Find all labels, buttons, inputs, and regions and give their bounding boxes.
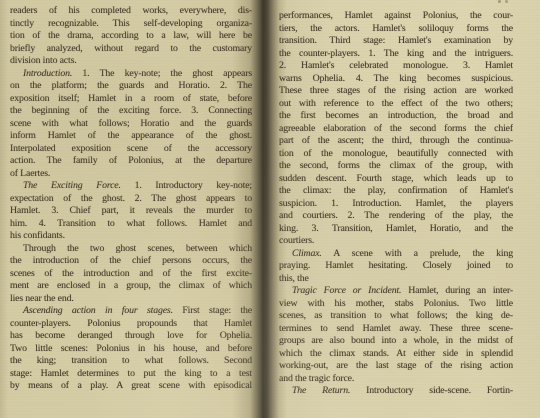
text-line: Hamlet. 3. Chief part, it reveals the mu… [10, 205, 252, 218]
text-line: readers of his completed works, everywhe… [10, 5, 252, 18]
text-line: performances, Hamlet against Polonius, t… [279, 10, 513, 23]
text-line: his confidants. [10, 230, 252, 243]
text-line: 2. Hamlet's celebrated monologue. 3. Ham… [279, 60, 513, 73]
text-line: tiers, the actors. Hamlet's soliloquy fo… [279, 23, 513, 36]
text-line: The Exciting Force. 1. Introductory key-… [10, 180, 252, 193]
text-line: tion of the monologue, beautifully conne… [279, 148, 513, 161]
text-line: him. 4. Transition to what follows. Haml… [10, 218, 252, 231]
italic-lead-in: Tragic Force or Incident. [292, 285, 401, 296]
text-line: scenes, as transition to what follows; t… [279, 310, 513, 323]
left-page-text: readers of his completed works, everywhe… [10, 5, 252, 393]
text-line: agreeable elaboration of the second form… [279, 123, 513, 136]
text-line: on the platform; the guards and Horatio.… [10, 80, 252, 93]
italic-lead-in: Ascending action in four stages. [23, 305, 173, 316]
text-line: the beginning of the exciting force. 3. … [10, 105, 252, 118]
italic-lead-in: The Exciting Force. [23, 180, 121, 191]
text-line: Interpolated exposition scene of the acc… [10, 143, 252, 156]
text-line: praying. Hamlet hesitating. Closely join… [279, 260, 513, 273]
text-line: The Return. Introductory side-scene. For… [279, 385, 513, 398]
text-line: sudden descent. Fourth stage, which lead… [279, 173, 513, 186]
text-line: inform Hamlet of the appearance of the g… [10, 130, 252, 143]
text-line: exposition itself; Hamlet in a room of s… [10, 93, 252, 106]
text-line: out with reference to the effect of the … [279, 98, 513, 111]
text-line: this, the [279, 273, 513, 286]
text-line: king. 3. Transition, Hamlet, Horatio, an… [279, 223, 513, 236]
text-line: scene with what follows; Horatio and the… [10, 118, 252, 131]
text-line: Tragic Force or Incident. Hamlet, during… [279, 285, 513, 298]
italic-lead-in: Climax. [292, 248, 322, 259]
text-line: Two little scenes: Polonius in his house… [10, 343, 252, 356]
text-line: Through the two ghost scenes, between wh… [10, 243, 252, 256]
text-line: lies near the end. [10, 293, 252, 306]
text-line: the second, forms the climax of the grou… [279, 160, 513, 173]
text-line: view with his mother, stabs Polonius. Tw… [279, 298, 513, 311]
cropped-page-number-artifact [498, 0, 501, 3]
text-line: action. The family of Polonius, at the d… [10, 155, 252, 168]
text-line: Introduction. 1. The key-note; the ghost… [10, 68, 252, 81]
book-spread: readers of his completed works, everywhe… [0, 0, 540, 418]
text-line: tinctly recognizable. This self-developi… [10, 18, 252, 31]
text-line: counter-players. Polonius propounds that… [10, 318, 252, 331]
text-line: courtiers. [279, 235, 513, 248]
right-page-text: performances, Hamlet against Polonius, t… [279, 10, 513, 398]
text-line: the introduction of the chief persons oc… [10, 255, 252, 268]
text-line: ment are enclosed in a group, the climax… [10, 280, 252, 293]
text-line: the king; transition to what follows. Se… [10, 355, 252, 368]
text-line: groups are also bound into a whole, in t… [279, 335, 513, 348]
text-line: briefly analyzed, without regard to the … [10, 43, 252, 56]
text-line: the counter-players. 1. The king and the… [279, 48, 513, 61]
text-line: suspicion. 1. Introduction. Hamlet, the … [279, 198, 513, 211]
text-line: and the tragic force. [279, 373, 513, 386]
text-line: part of the ascent; the third, through t… [279, 135, 513, 148]
text-line: Climax. A scene with a prelude, the king [279, 248, 513, 261]
text-line: working-out, are the last stage of the r… [279, 360, 513, 373]
text-line: These three stages of the rising action … [279, 85, 513, 98]
text-line: scenes of the introduction and of the fi… [10, 268, 252, 281]
text-line: the climax: the play, confirmation of Ha… [279, 185, 513, 198]
text-line: which the climax stands. At either side … [279, 348, 513, 361]
text-line: transition. Third stage: Hamlet's examin… [279, 35, 513, 48]
italic-lead-in: Introduction. [23, 68, 72, 79]
text-line: of Laertes. [10, 168, 252, 181]
text-line: stage: Hamlet determines to put the king… [10, 368, 252, 381]
text-line: warns Ophelia. 4. The king becomes suspi… [279, 73, 513, 86]
text-line: Ascending action in four stages. First s… [10, 305, 252, 318]
text-line: tion of the drama, according to a law, w… [10, 30, 252, 43]
text-line: expectation of the ghost. 2. The ghost a… [10, 193, 252, 206]
italic-lead-in: The Return. [292, 385, 350, 396]
text-line: the first becomes an introduction, the b… [279, 110, 513, 123]
text-line: division into acts. [10, 55, 252, 68]
text-line: and courtiers. 2. The rendering of the p… [279, 210, 513, 223]
text-line: termines to send Hamlet away. These thre… [279, 323, 513, 336]
text-line: by means of a play. A great scene with e… [10, 380, 252, 393]
text-line: has become deranged through love for Oph… [10, 330, 252, 343]
